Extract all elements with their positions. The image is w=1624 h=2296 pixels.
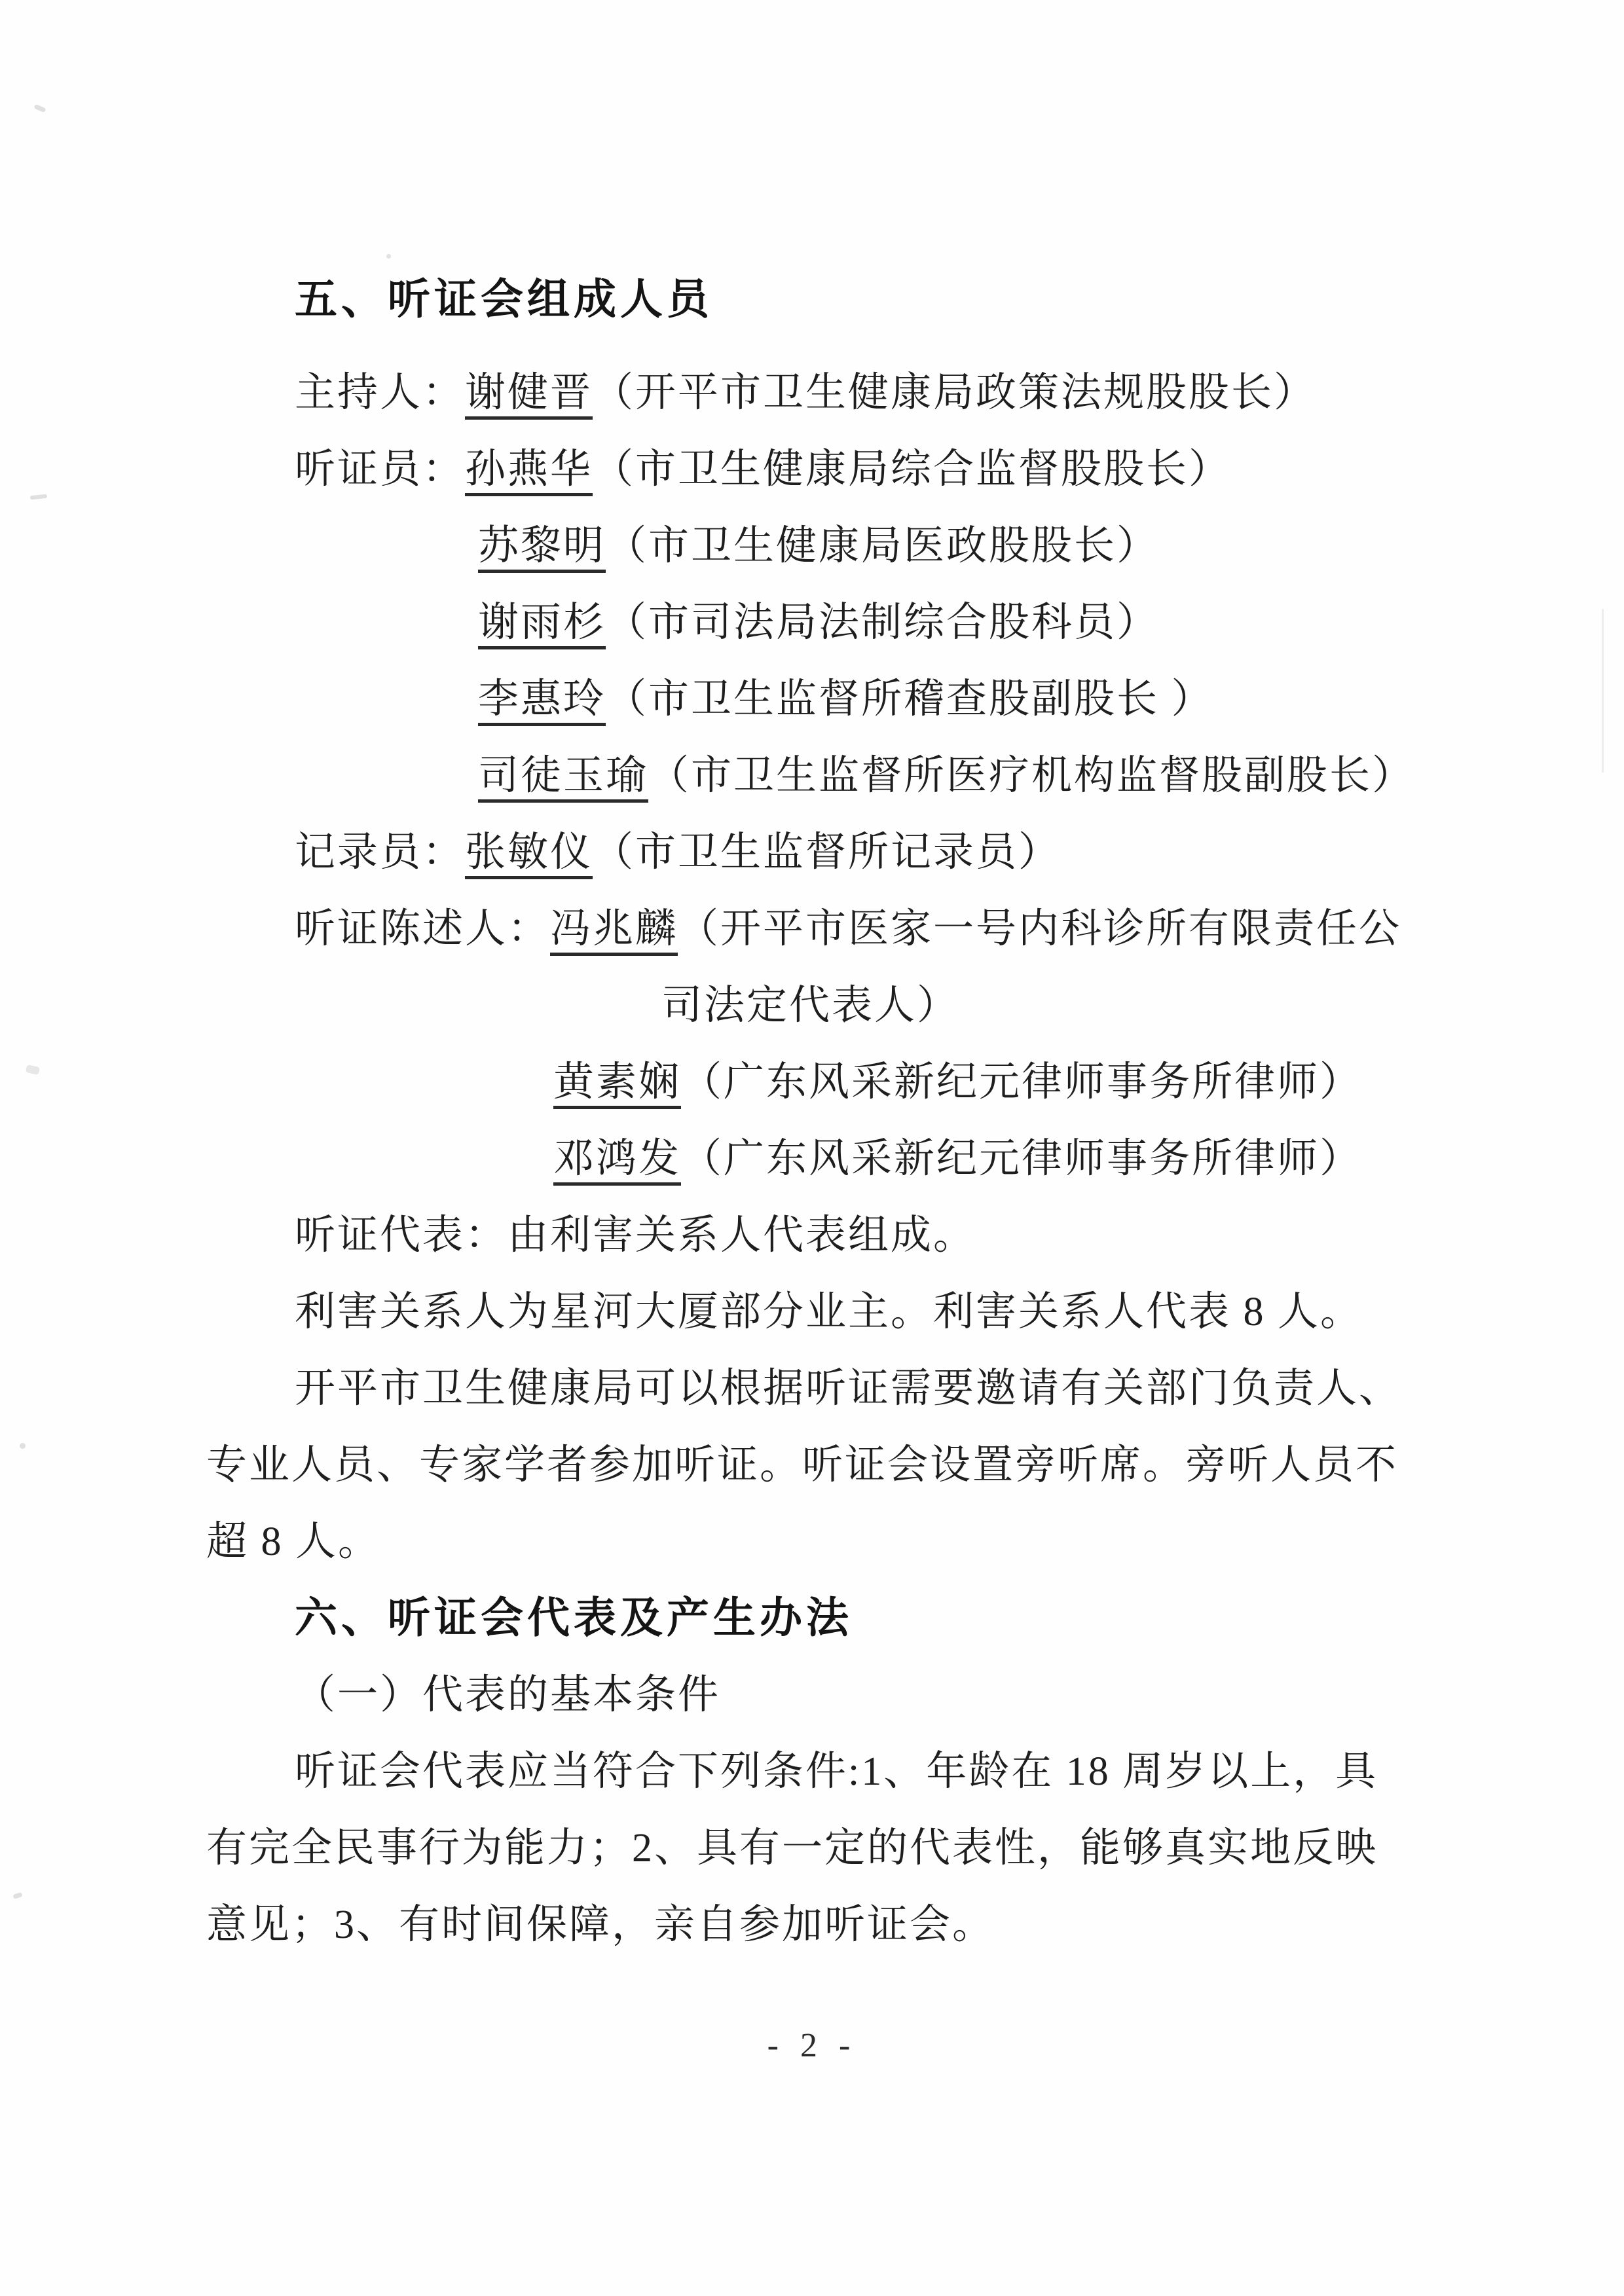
- para-conditions-line-1: 听证会代表应当符合下列条件:1、年龄在 18 周岁以上，具: [206, 1734, 1529, 1810]
- line-hearing-officer-2: 苏黎明（市卫生健康局医政股股长）: [206, 508, 1529, 585]
- text-segment: 听证陈述人：: [295, 907, 550, 951]
- line-hearing-officer-4: 李惠玲（市卫生监督所稽查股副股长 ）: [206, 661, 1529, 738]
- underlined-name: 张敏仪: [465, 830, 593, 875]
- line-basic-conditions-title: （一）代表的基本条件: [206, 1657, 1529, 1734]
- line-hearing-officer-5: 司徒玉瑜（市卫生监督所医疗机构监督股副股长）: [206, 738, 1529, 814]
- text-segment: （广东风采新纪元律师事务所律师）: [681, 1060, 1362, 1104]
- scan-artifact: [20, 1443, 26, 1449]
- line-hearing-officer-3: 谢雨杉（市司法局法制综合股科员）: [206, 585, 1529, 661]
- underlined-name: 谢雨杉: [478, 600, 606, 645]
- text-segment: （开平市医家一号内科诊所有限责任公: [678, 907, 1401, 951]
- section-5-heading: 五、听证会组成人员: [206, 262, 1529, 338]
- line-hearing-officer-1: 听证员：孙燕华（市卫生健康局综合监督股股长）: [206, 431, 1529, 508]
- scan-artifact: [33, 104, 46, 113]
- line-recorder: 记录员：张敏仪（市卫生监督所记录员）: [206, 814, 1529, 891]
- text-segment: 听证员：: [295, 447, 465, 492]
- text-segment: （广东风采新纪元律师事务所律师）: [681, 1137, 1362, 1181]
- line-presenter-continuation: 司法定代表人）: [206, 968, 1529, 1044]
- line-presenter: 听证陈述人：冯兆麟（开平市医家一号内科诊所有限责任公: [206, 891, 1529, 968]
- text-segment: （市卫生监督所稽查股副股长 ）: [606, 677, 1214, 721]
- text-segment: 听证会代表应当符合下列条件:1、年龄在 18 周岁以上，具: [295, 1749, 1378, 1794]
- line-lawyer-2: 邓鸿发（广东风采新纪元律师事务所律师）: [206, 1121, 1529, 1197]
- text-segment: 意见；3、有时间保障，亲自参加听证会。: [206, 1903, 995, 1947]
- text-segment: （市卫生监督所医疗机构监督股副股长）: [648, 754, 1414, 798]
- scan-artifact: [386, 254, 391, 259]
- underlined-name: 邓鸿发: [553, 1137, 681, 1181]
- text-segment: 记录员：: [295, 830, 465, 875]
- scan-edge-line: [1602, 609, 1604, 773]
- underlined-name: 李惠玲: [478, 677, 606, 721]
- text-segment: 听证代表：由利害关系人代表组成。: [295, 1213, 976, 1258]
- text-segment: （市司法局法制综合股科员）: [606, 600, 1159, 645]
- text-segment: 有完全民事行为能力；2、具有一定的代表性，能够真实地反映: [206, 1826, 1378, 1870]
- line-stakeholders: 利害关系人为星河大厦部分业主。利害关系人代表 8 人。: [206, 1274, 1529, 1351]
- line-host: 主持人：谢健晋（开平市卫生健康局政策法规股股长）: [206, 355, 1529, 431]
- scan-artifact: [12, 1892, 22, 1899]
- document-content: 五、听证会组成人员主持人：谢健晋（开平市卫生健康局政策法规股股长）听证员：孙燕华…: [206, 262, 1529, 1963]
- underlined-name: 黄素娴: [553, 1060, 681, 1104]
- para-invite-line-3: 超 8 人。: [206, 1504, 1529, 1580]
- text-segment: 专业人员、专家学者参加听证。听证会设置旁听席。旁听人员不: [206, 1443, 1398, 1487]
- scan-artifact: [30, 494, 47, 500]
- para-invite-line-2: 专业人员、专家学者参加听证。听证会设置旁听席。旁听人员不: [206, 1427, 1529, 1504]
- para-conditions-line-2: 有完全民事行为能力；2、具有一定的代表性，能够真实地反映: [206, 1810, 1529, 1887]
- text-segment: （开平市卫生健康局政策法规股股长）: [593, 371, 1316, 415]
- text-segment: （一）代表的基本条件: [295, 1673, 720, 1717]
- text-segment: 主持人：: [295, 371, 465, 415]
- text-segment: （市卫生健康局综合监督股股长）: [593, 447, 1231, 492]
- underlined-name: 司徒玉瑜: [478, 754, 648, 798]
- underlined-name: 苏黎明: [478, 524, 606, 568]
- text-segment: 开平市卫生健康局可以根据听证需要邀请有关部门负责人、: [295, 1366, 1401, 1411]
- text-segment: 司法定代表人）: [661, 983, 959, 1028]
- underlined-name: 谢健晋: [465, 371, 593, 415]
- text-segment: 利害关系人为星河大厦部分业主。利害关系人代表 8 人。: [295, 1290, 1363, 1334]
- scan-artifact: [26, 1065, 40, 1075]
- line-lawyer-1: 黄素娴（广东风采新纪元律师事务所律师）: [206, 1044, 1529, 1121]
- section-6-heading: 六、听证会代表及产生办法: [206, 1580, 1529, 1657]
- para-conditions-line-3: 意见；3、有时间保障，亲自参加听证会。: [206, 1887, 1529, 1963]
- underlined-name: 孙燕华: [465, 447, 593, 492]
- document-page: 五、听证会组成人员主持人：谢健晋（开平市卫生健康局政策法规股股长）听证员：孙燕华…: [0, 0, 1624, 2296]
- text-segment: （市卫生监督所记录员）: [593, 830, 1061, 875]
- text-segment: 超 8 人。: [206, 1520, 380, 1564]
- text-segment: 五、听证会组成人员: [295, 276, 713, 323]
- text-segment: 六、听证会代表及产生办法: [295, 1595, 853, 1642]
- underlined-name: 冯兆麟: [550, 907, 678, 951]
- page-number: - 2 -: [0, 2026, 1624, 2065]
- line-representatives: 听证代表：由利害关系人代表组成。: [206, 1197, 1529, 1274]
- text-segment: （市卫生健康局医政股股长）: [606, 524, 1159, 568]
- para-invite-line-1: 开平市卫生健康局可以根据听证需要邀请有关部门负责人、: [206, 1351, 1529, 1427]
